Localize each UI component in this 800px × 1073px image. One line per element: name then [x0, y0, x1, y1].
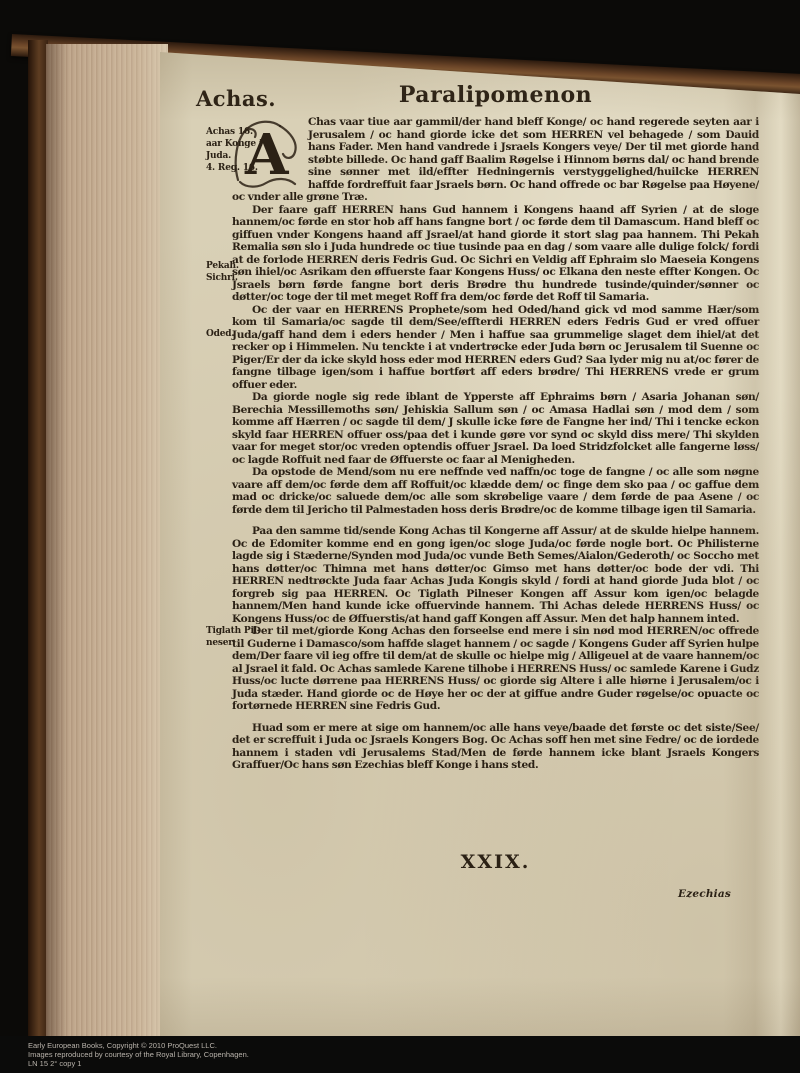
- body-paragraph: Paa den samme tid/sende Kong Achas til K…: [232, 525, 759, 625]
- paragraph-text: Chas vaar tiue aar gammil/der hand bleff…: [232, 116, 759, 203]
- copyright-line-3: LN 15 2° copy 1: [28, 1059, 249, 1068]
- copyright-line-2: Images reproduced by courtesy of the Roy…: [28, 1050, 249, 1059]
- drop-cap-initial: A: [232, 118, 302, 190]
- book-page: Achas. Paralipomenon Achas 16. aar Konge…: [160, 52, 800, 1036]
- copyright-band: Early European Books, Copyright © 2010 P…: [0, 1036, 800, 1073]
- catchword: Ezechias: [678, 888, 731, 900]
- body-text-column: A Chas vaar tiue aar gammil/der hand ble…: [232, 116, 759, 772]
- body-paragraph: Da opstode de Mend/som nu ere neffnde ve…: [232, 466, 759, 516]
- book-cover-left-edge: [28, 40, 48, 1036]
- body-paragraph: Huad som er mere at sige om hannem/oc al…: [232, 722, 759, 772]
- body-paragraph: Da giorde nogle sig rede iblant de Ypper…: [232, 391, 759, 466]
- chapter-heading: XXIX.: [232, 851, 759, 873]
- body-paragraph: A Chas vaar tiue aar gammil/der hand ble…: [232, 116, 759, 204]
- body-paragraph: Oc der vaar en HERRENS Prophete/som hed …: [232, 304, 759, 392]
- body-paragraph: Der faare gaff HERREN hans Gud hannem i …: [232, 204, 759, 304]
- body-paragraph: Der til met/giorde Kong Achas den forsee…: [232, 625, 759, 713]
- page-stack-fore-edge: [46, 44, 168, 1036]
- svg-text:A: A: [244, 122, 290, 188]
- copyright-text: Early European Books, Copyright © 2010 P…: [28, 1041, 249, 1068]
- copyright-line-1: Early European Books, Copyright © 2010 P…: [28, 1041, 249, 1050]
